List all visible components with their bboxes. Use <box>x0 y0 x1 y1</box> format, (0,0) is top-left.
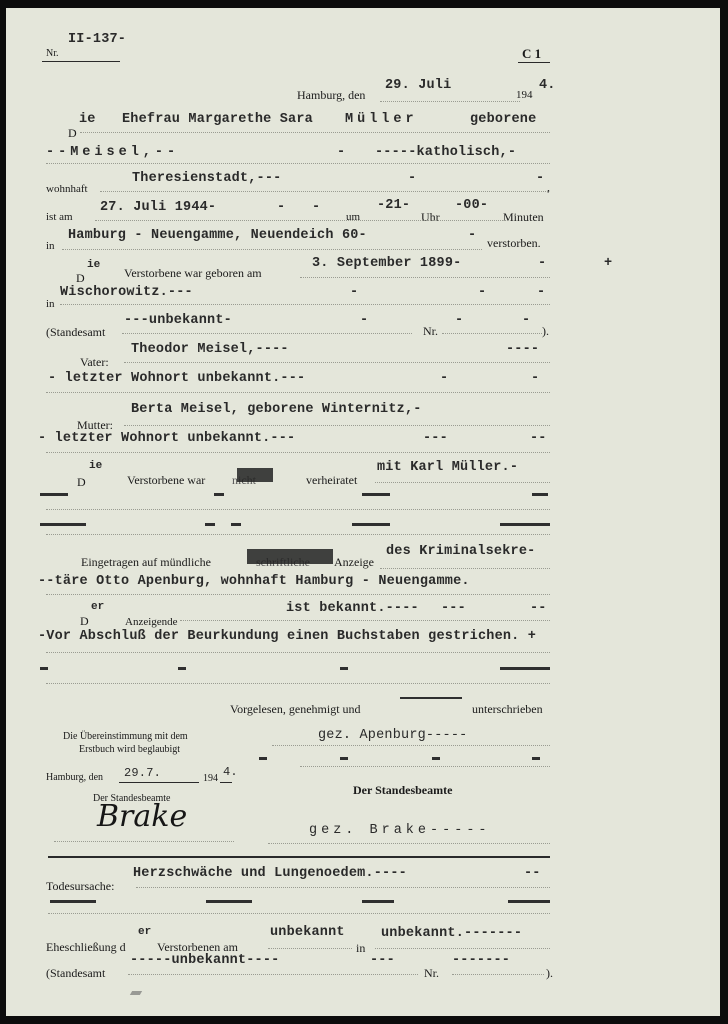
line <box>46 509 550 510</box>
line <box>124 425 550 426</box>
line <box>375 948 550 949</box>
line <box>54 841 234 842</box>
line <box>46 534 550 535</box>
dash: --- <box>423 431 448 446</box>
plus-mark: + <box>604 256 612 271</box>
death-place: Hamburg - Neuengamme, Neuendeich 60- <box>68 228 367 243</box>
anzeige-label: Anzeige <box>334 555 374 570</box>
line <box>62 249 482 250</box>
cause-of-death: Herzschwäche und Lungenoedem.---- <box>133 866 407 881</box>
geborene-label: geborene <box>470 112 536 127</box>
filler-dash <box>340 667 348 670</box>
marriage-standesamt: -----unbekannt---- <box>130 953 279 968</box>
line <box>46 163 550 164</box>
unterschrieben-label: unterschrieben <box>472 702 543 717</box>
article-suffix: er <box>138 926 151 938</box>
line <box>380 568 550 569</box>
mother-residence: - letzter Wohnort unbekannt.--- <box>38 431 295 446</box>
filler-dash <box>500 667 550 670</box>
dash: - <box>536 171 544 186</box>
article-D: D <box>80 614 89 629</box>
spouse: mit Karl Müller.- <box>377 460 518 475</box>
form-code: C 1 <box>522 46 541 62</box>
dash: - <box>408 171 416 186</box>
section-divider <box>48 856 550 858</box>
year-prefix: 194 <box>516 89 533 101</box>
marriage-nr: ------- <box>452 953 510 968</box>
verheiratet-label-suffix: verheiratet <box>306 473 357 488</box>
dash: --- <box>370 953 395 968</box>
filler-dash <box>508 900 550 903</box>
line <box>128 974 418 975</box>
informant-signature: gez. Apenburg----- <box>318 728 467 743</box>
vorgelesen-label: Vorgelesen, genehmigt und <box>230 702 361 717</box>
filler-dash <box>205 523 215 526</box>
year-suffix: 4. <box>539 78 556 93</box>
certification-line2: Erstbuch wird beglaubigt <box>79 744 180 755</box>
article-D: D <box>76 271 85 286</box>
maiden-name: --Meisel,-- <box>46 145 179 160</box>
dash: - <box>478 285 486 300</box>
death-hour: -21- <box>377 198 410 213</box>
article-suffix: er <box>91 601 104 613</box>
line <box>46 594 550 595</box>
close-paren: ). <box>542 324 549 339</box>
verstorben-label: verstorben. <box>487 236 541 251</box>
line <box>268 948 352 949</box>
line <box>300 766 550 767</box>
filler-dash <box>214 493 224 496</box>
filler-dash <box>532 757 540 760</box>
wohnhaft-label: wohnhaft <box>46 183 88 195</box>
uhr-label: Uhr <box>421 210 440 225</box>
dash: - <box>440 371 448 386</box>
filler-dash <box>50 900 96 903</box>
filler-dash <box>40 493 68 496</box>
registrar-handwritten-signature: Brake <box>97 799 187 834</box>
cert-year-underline <box>220 782 232 783</box>
filler-dash <box>432 757 440 760</box>
filler-dash <box>352 523 390 526</box>
filler-dash <box>40 523 86 526</box>
registrar-signature: gez. Brake----- <box>309 823 491 838</box>
line <box>48 913 550 914</box>
dash: -- <box>530 601 547 616</box>
strike-out <box>237 468 273 482</box>
anzeigende-label: Anzeigende <box>125 616 178 628</box>
dash: - <box>537 285 545 300</box>
line <box>60 304 550 305</box>
record-date: 29. Juli <box>385 78 451 93</box>
informant-line2: --täre Otto Apenburg, wohnhaft Hamburg -… <box>38 574 470 589</box>
date-line <box>380 101 520 102</box>
birth-date: 3. September 1899- <box>312 256 461 271</box>
standesamt-label: (Standesamt <box>46 966 105 981</box>
dash: - <box>277 200 285 215</box>
line <box>46 392 550 393</box>
line <box>100 191 548 192</box>
minuten-label: Minuten <box>503 210 544 225</box>
filler-dash <box>532 493 548 496</box>
line <box>180 620 550 621</box>
line <box>272 745 550 746</box>
comma: , <box>547 180 550 195</box>
filler-dash <box>206 900 252 903</box>
line <box>452 974 544 975</box>
line <box>300 277 550 278</box>
line <box>46 683 550 684</box>
dash: --- <box>441 601 466 616</box>
filler-dash <box>178 667 186 670</box>
filler-dash <box>362 493 390 496</box>
line <box>46 452 550 453</box>
todesursache-label: Todesursache: <box>46 879 114 894</box>
ist-am-label: ist am <box>46 211 73 223</box>
line <box>95 220 505 221</box>
marriage-place: unbekannt.------- <box>381 926 522 941</box>
line <box>46 652 550 653</box>
filler-dash <box>40 667 48 670</box>
dash: ---- <box>506 342 539 357</box>
death-date: 27. Juli 1944- <box>100 200 216 215</box>
article-suffix: ie <box>87 259 100 271</box>
place-date-label: Hamburg, den <box>297 88 365 103</box>
dash: -- <box>530 431 547 446</box>
form-code-underline <box>518 62 550 63</box>
in-label: in <box>356 941 365 956</box>
dash: - <box>522 313 530 328</box>
nr-label: Nr. <box>46 48 59 59</box>
strike-out <box>247 549 333 564</box>
religion: -----katholisch,- <box>375 145 516 160</box>
filler-dash <box>259 757 267 760</box>
um-label: um <box>346 211 360 223</box>
line <box>136 887 550 888</box>
birth-label: Verstorbene war geboren am <box>124 266 262 281</box>
dash: - <box>360 313 368 328</box>
deceased-given-names: Ehefrau Margarethe Sara <box>122 112 313 127</box>
verheiratet-label-prefix: Verstorbene war <box>127 473 205 488</box>
record-number: II-137- <box>68 32 126 47</box>
dash: - <box>312 200 320 215</box>
dash: - <box>337 145 345 160</box>
filler-dash <box>340 757 348 760</box>
eingetragen-label: Eingetragen auf mündliche <box>81 555 211 570</box>
certification-line1: Die Übereinstimmung mit dem <box>63 731 188 742</box>
vater-label: Vater: <box>80 355 109 370</box>
nr-label: Nr. <box>423 324 438 339</box>
line <box>375 482 550 483</box>
line <box>442 333 542 334</box>
standesamt-label: (Standesamt <box>46 325 105 340</box>
cert-year-prefix: 194 <box>203 773 218 784</box>
article-D: D <box>77 475 86 490</box>
informant-known: ist bekannt.---- <box>286 601 419 616</box>
informant-line1: des Kriminalsekre- <box>386 544 535 559</box>
line <box>80 132 550 133</box>
correction-note: -Vor Abschluß der Beurkundung einen Buch… <box>38 629 536 644</box>
dash: - <box>350 285 358 300</box>
marriage-date: unbekannt <box>270 925 345 940</box>
filler-dash <box>362 900 394 903</box>
article-suffix: ie <box>79 112 96 127</box>
filler-dash <box>400 697 462 699</box>
death-minutes: -00- <box>455 198 488 213</box>
cert-date-underline <box>119 782 199 783</box>
birth-standesamt: ---unbekannt- <box>124 313 232 328</box>
birth-place: Wischorowitz.--- <box>60 285 193 300</box>
eheschliessung-label: Eheschließung d <box>46 940 126 955</box>
article-suffix: ie <box>89 460 102 472</box>
cert-date: 29.7. <box>124 766 161 780</box>
mother-name: Berta Meisel, geborene Winternitz,- <box>131 402 422 417</box>
cert-year-suffix: 4. <box>223 765 238 779</box>
dash: - <box>531 371 539 386</box>
father-residence: - letzter Wohnort unbekannt.--- <box>48 371 305 386</box>
dash: - <box>468 228 476 243</box>
nr-underline <box>42 61 120 62</box>
nr-label: Nr. <box>424 966 439 981</box>
registrar-title: Der Standesbeamte <box>353 783 452 798</box>
line <box>268 843 550 844</box>
in-label: in <box>46 240 55 252</box>
article-D: D <box>68 126 77 141</box>
father-name: Theodor Meisel,---- <box>131 342 289 357</box>
filler-dash <box>500 523 550 526</box>
close-paren: ). <box>546 966 553 981</box>
filler-dash <box>231 523 241 526</box>
dash: - <box>538 256 546 271</box>
in-label: in <box>46 298 55 310</box>
cert-place-label: Hamburg, den <box>46 772 103 783</box>
line <box>122 333 412 334</box>
line <box>124 362 550 363</box>
deceased-surname: Müller <box>345 112 418 127</box>
dash: -- <box>524 866 541 881</box>
residence: Theresienstadt,--- <box>132 171 281 186</box>
dash: - <box>455 313 463 328</box>
